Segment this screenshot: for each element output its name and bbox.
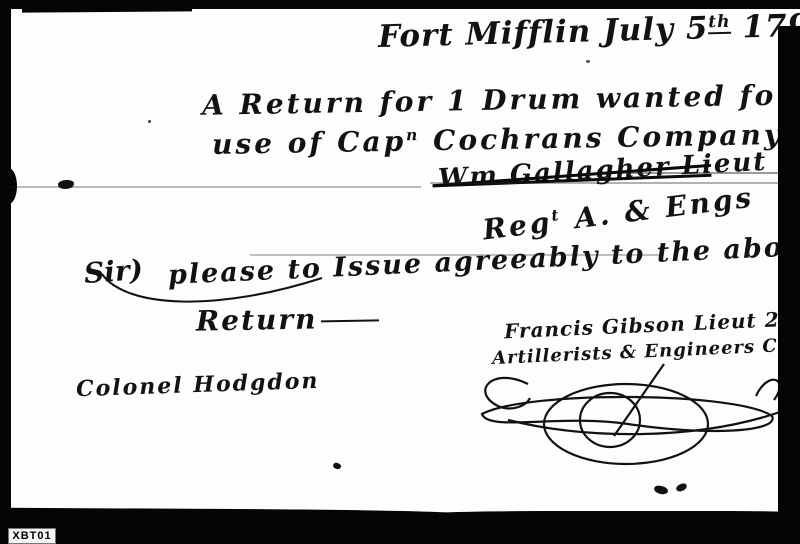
ink-speck bbox=[332, 462, 342, 471]
dateline: Fort Mifflin July 5th 1799 bbox=[378, 10, 800, 53]
scan-streak bbox=[620, 172, 780, 174]
scan-border-top-streak bbox=[22, 7, 192, 12]
frame-label: XBT01 bbox=[8, 528, 56, 544]
request-line-2-text: use of Cap bbox=[212, 125, 407, 161]
addressee: Colonel Hodgdon bbox=[76, 370, 320, 400]
ink-speck bbox=[653, 484, 669, 496]
request-line-1: A Return for 1 Drum wanted for the bbox=[202, 80, 800, 120]
scan-border-left bbox=[0, 0, 11, 544]
regiment-text: A. & Engs bbox=[560, 181, 756, 237]
scan-streak bbox=[250, 254, 660, 256]
regiment-abbrev: Reg bbox=[481, 205, 554, 246]
signature-flourish bbox=[468, 362, 794, 482]
scanned-document-page: Fort Mifflin July 5th 1799 A Return for … bbox=[0, 0, 800, 544]
captain-abbrev-sup: n bbox=[406, 126, 421, 144]
scan-border-bottom bbox=[0, 514, 800, 544]
ink-speck bbox=[148, 120, 151, 123]
scan-streak bbox=[430, 182, 780, 184]
ink-speck bbox=[675, 482, 688, 492]
dateline-ordinal: th bbox=[708, 11, 731, 34]
body-line-2: Return bbox=[196, 304, 380, 335]
dateline-text: Fort Mifflin July 5 bbox=[378, 10, 709, 55]
ink-speck bbox=[586, 60, 590, 63]
scan-border-right bbox=[778, 26, 800, 544]
